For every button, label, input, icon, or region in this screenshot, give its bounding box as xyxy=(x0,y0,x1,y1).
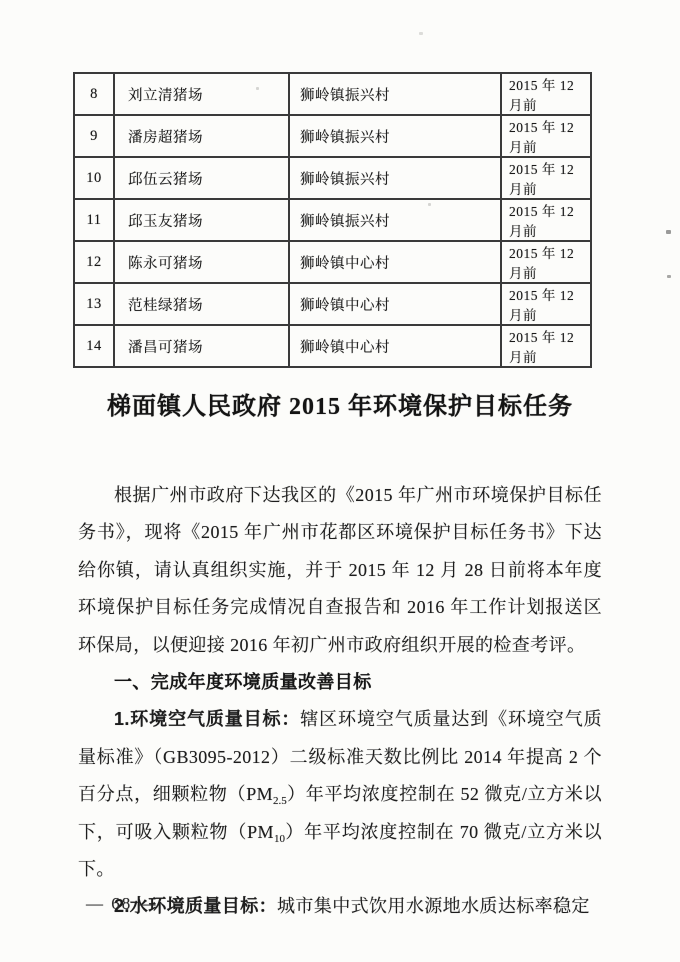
farm-name: 陈永可猪场 xyxy=(114,241,289,283)
pm25-subscript: 2.5 xyxy=(273,795,287,807)
table-row: 12 陈永可猪场 狮岭镇中心村 2015 年 12 月前 xyxy=(74,241,591,283)
table-row: 11 邱玉友猪场 狮岭镇振兴村 2015 年 12 月前 xyxy=(74,199,591,241)
table-row: 13 范桂绿猪场 狮岭镇中心村 2015 年 12 月前 xyxy=(74,283,591,325)
farm-location: 狮岭镇振兴村 xyxy=(289,157,501,199)
row-index: 14 xyxy=(74,325,114,367)
scan-speck xyxy=(667,275,671,278)
row-index: 8 xyxy=(74,73,114,115)
water-quality-text: 城市集中式饮用水源地水质达标率稳定 xyxy=(277,896,590,916)
paragraph-air-quality: 1.环境空气质量目标：辖区环境空气质量达到《环境空气质量标准》（GB3095-2… xyxy=(78,701,602,888)
farm-location: 狮岭镇中心村 xyxy=(289,325,501,367)
scan-speck xyxy=(419,32,423,35)
farm-location: 狮岭镇振兴村 xyxy=(289,115,501,157)
scan-speck xyxy=(256,87,259,90)
farm-name: 邱伍云猪场 xyxy=(114,157,289,199)
row-index: 9 xyxy=(74,115,114,157)
table-row: 9 潘房超猪场 狮岭镇振兴村 2015 年 12 月前 xyxy=(74,115,591,157)
document-page: 8 刘立清猪场 狮岭镇振兴村 2015 年 12 月前 9 潘房超猪场 狮岭镇振… xyxy=(0,0,680,962)
closure-deadline: 2015 年 12 月前 xyxy=(501,157,591,199)
farm-name: 潘房超猪场 xyxy=(114,115,289,157)
closure-deadline: 2015 年 12 月前 xyxy=(501,241,591,283)
farm-name: 潘昌可猪场 xyxy=(114,325,289,367)
closure-deadline: 2015 年 12 月前 xyxy=(501,73,591,115)
scan-speck xyxy=(666,230,671,234)
farm-location: 狮岭镇中心村 xyxy=(289,241,501,283)
pig-farm-closure-table: 8 刘立清猪场 狮岭镇振兴村 2015 年 12 月前 9 潘房超猪场 狮岭镇振… xyxy=(73,72,592,368)
table-row: 10 邱伍云猪场 狮岭镇振兴村 2015 年 12 月前 xyxy=(74,157,591,199)
closure-deadline: 2015 年 12 月前 xyxy=(501,283,591,325)
row-index: 10 xyxy=(74,157,114,199)
farm-location: 狮岭镇振兴村 xyxy=(289,73,501,115)
farm-name: 范桂绿猪场 xyxy=(114,283,289,325)
air-quality-label: 1.环境空气质量目标： xyxy=(114,709,300,729)
document-title: 梯面镇人民政府 2015 年环境保护目标任务 xyxy=(0,386,680,421)
document-body: 根据广州市政府下达我区的《2015 年广州市环境保护目标任务书》，现将《2015… xyxy=(78,477,602,926)
closure-deadline: 2015 年 12 月前 xyxy=(501,199,591,241)
pm10-subscript: 10 xyxy=(274,833,285,845)
row-index: 13 xyxy=(74,283,114,325)
scan-speck xyxy=(428,203,431,206)
row-index: 12 xyxy=(74,241,114,283)
farm-name: 邱玉友猪场 xyxy=(114,199,289,241)
closure-deadline: 2015 年 12 月前 xyxy=(501,115,591,157)
farm-name: 刘立清猪场 xyxy=(114,73,289,115)
section-heading-1: 一、完成年度环境质量改善目标 xyxy=(78,664,602,701)
row-index: 11 xyxy=(74,199,114,241)
farm-location: 狮岭镇振兴村 xyxy=(289,199,501,241)
table-row: 8 刘立清猪场 狮岭镇振兴村 2015 年 12 月前 xyxy=(74,73,591,115)
paragraph-intro: 根据广州市政府下达我区的《2015 年广州市环境保护目标任务书》，现将《2015… xyxy=(78,477,602,664)
farm-location: 狮岭镇中心村 xyxy=(289,283,501,325)
table-row: 14 潘昌可猪场 狮岭镇中心村 2015 年 12 月前 xyxy=(74,325,591,367)
page-number: — 68 — xyxy=(86,894,158,914)
closure-deadline: 2015 年 12 月前 xyxy=(501,325,591,367)
